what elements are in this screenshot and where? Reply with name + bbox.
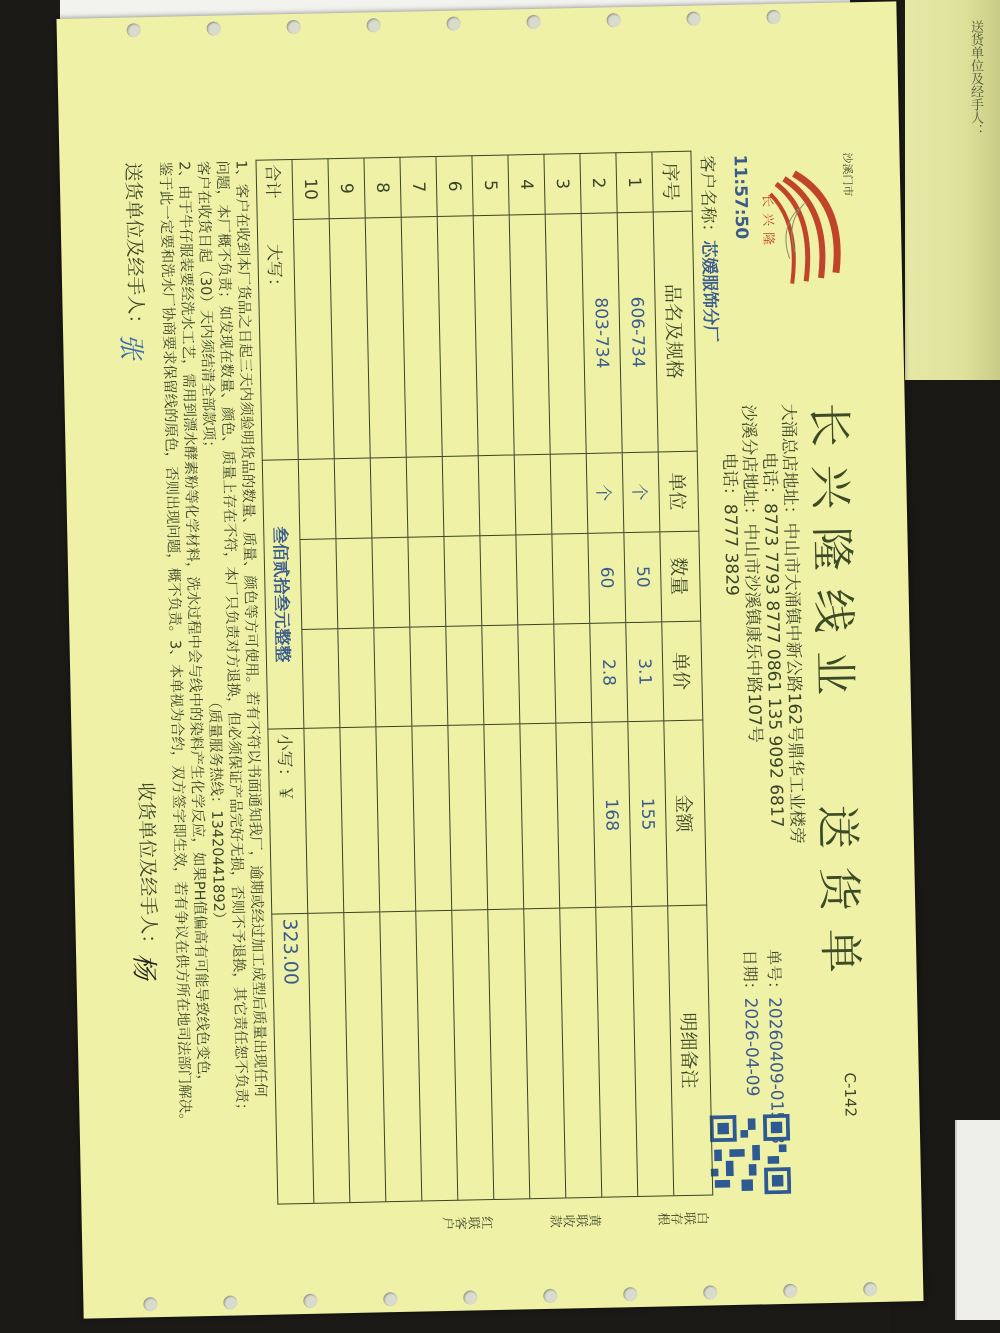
lowercase-label: 小写：￥ bbox=[268, 729, 308, 915]
receiver-block: 收货单位及经手人： 杨 bbox=[133, 782, 164, 954]
logo-name: 长兴隆 bbox=[759, 194, 779, 251]
perforation-hole bbox=[623, 1287, 637, 1301]
order-date: 日期：2026-04-09 bbox=[739, 949, 765, 1096]
col-no: 序号 bbox=[652, 151, 692, 212]
col-unit: 单位 bbox=[658, 451, 699, 532]
perforation-hole bbox=[207, 22, 221, 36]
perforation-hole bbox=[543, 1289, 557, 1303]
sender-label: 送货单位及经手人： bbox=[122, 162, 148, 333]
copy-label-white: 白联存根 bbox=[657, 1202, 709, 1225]
perforation-hole bbox=[606, 13, 620, 27]
receiver-signature: 杨 bbox=[127, 953, 165, 980]
perforation-hole bbox=[686, 11, 700, 25]
white-paper-edge bbox=[955, 1120, 1000, 1320]
col-price: 单价 bbox=[662, 621, 703, 722]
perforation-hole bbox=[223, 1295, 237, 1309]
total-lowercase: 323.00 bbox=[272, 914, 314, 1204]
perforation-hole bbox=[383, 1292, 397, 1306]
col-item: 品名及规格 bbox=[653, 211, 697, 451]
perforation-hole bbox=[527, 15, 541, 29]
qr-code-icon bbox=[710, 1114, 792, 1196]
col-qty: 数量 bbox=[660, 531, 701, 622]
doc-type: 送货单 bbox=[811, 804, 866, 991]
col-amount: 金额 bbox=[664, 720, 707, 906]
note-content: 沙溪门市 长兴隆 11:57:50 长兴隆线业 送货单 C-142 大涌总店地址… bbox=[87, 42, 892, 1278]
items-table: 序号 品名及规格 单位 数量 单价 金额 明细备注 1 606-734 个 50… bbox=[255, 151, 713, 1205]
terms-text: 1、客户在收到本厂货品之日起三天内须验明货品的数量、质量、颜色等方可使用。若有不… bbox=[154, 160, 271, 1207]
branch-phone: 电话：8777 3829 bbox=[719, 453, 747, 596]
perforation-hole bbox=[703, 1285, 717, 1299]
perforation-hole bbox=[287, 20, 301, 34]
perforation-hole bbox=[367, 18, 381, 32]
adjacent-slip-text: 送货单位及经手人： bbox=[915, 20, 985, 380]
delivery-note: 沙溪门市 长兴隆 11:57:50 长兴隆线业 送货单 C-142 大涌总店地址… bbox=[56, 1, 923, 1318]
sender-signature: 张 bbox=[114, 333, 152, 360]
print-time: 11:57:50 bbox=[729, 154, 751, 239]
perforation-hole bbox=[463, 1290, 477, 1304]
perforation-hole bbox=[143, 1297, 157, 1311]
copy-label-yellow: 黄联收款 bbox=[549, 1204, 601, 1227]
perforation-hole bbox=[766, 10, 780, 24]
col-note: 明细备注 bbox=[668, 905, 713, 1196]
perforation-hole bbox=[127, 23, 141, 37]
perforation-hole bbox=[863, 1282, 877, 1296]
form-code: C-142 bbox=[841, 1072, 860, 1117]
total-label: 合计 bbox=[262, 164, 283, 198]
perforation-hole bbox=[447, 16, 461, 30]
copy-label-red: 红联客户 bbox=[441, 1206, 493, 1229]
total-uppercase: 叁佰贰拾叁元整整 bbox=[262, 459, 304, 729]
receiver-label: 收货单位及经手人： bbox=[134, 782, 160, 953]
page-title: 长兴隆线业 送货单 bbox=[801, 402, 877, 991]
customer-name: 客户名称：芯媛服饰分厂 bbox=[696, 155, 725, 342]
company-name: 长兴隆线业 bbox=[803, 402, 860, 713]
perforation-hole bbox=[303, 1294, 317, 1308]
perforation-hole bbox=[783, 1284, 797, 1298]
uppercase-label: 大写： bbox=[263, 244, 284, 295]
